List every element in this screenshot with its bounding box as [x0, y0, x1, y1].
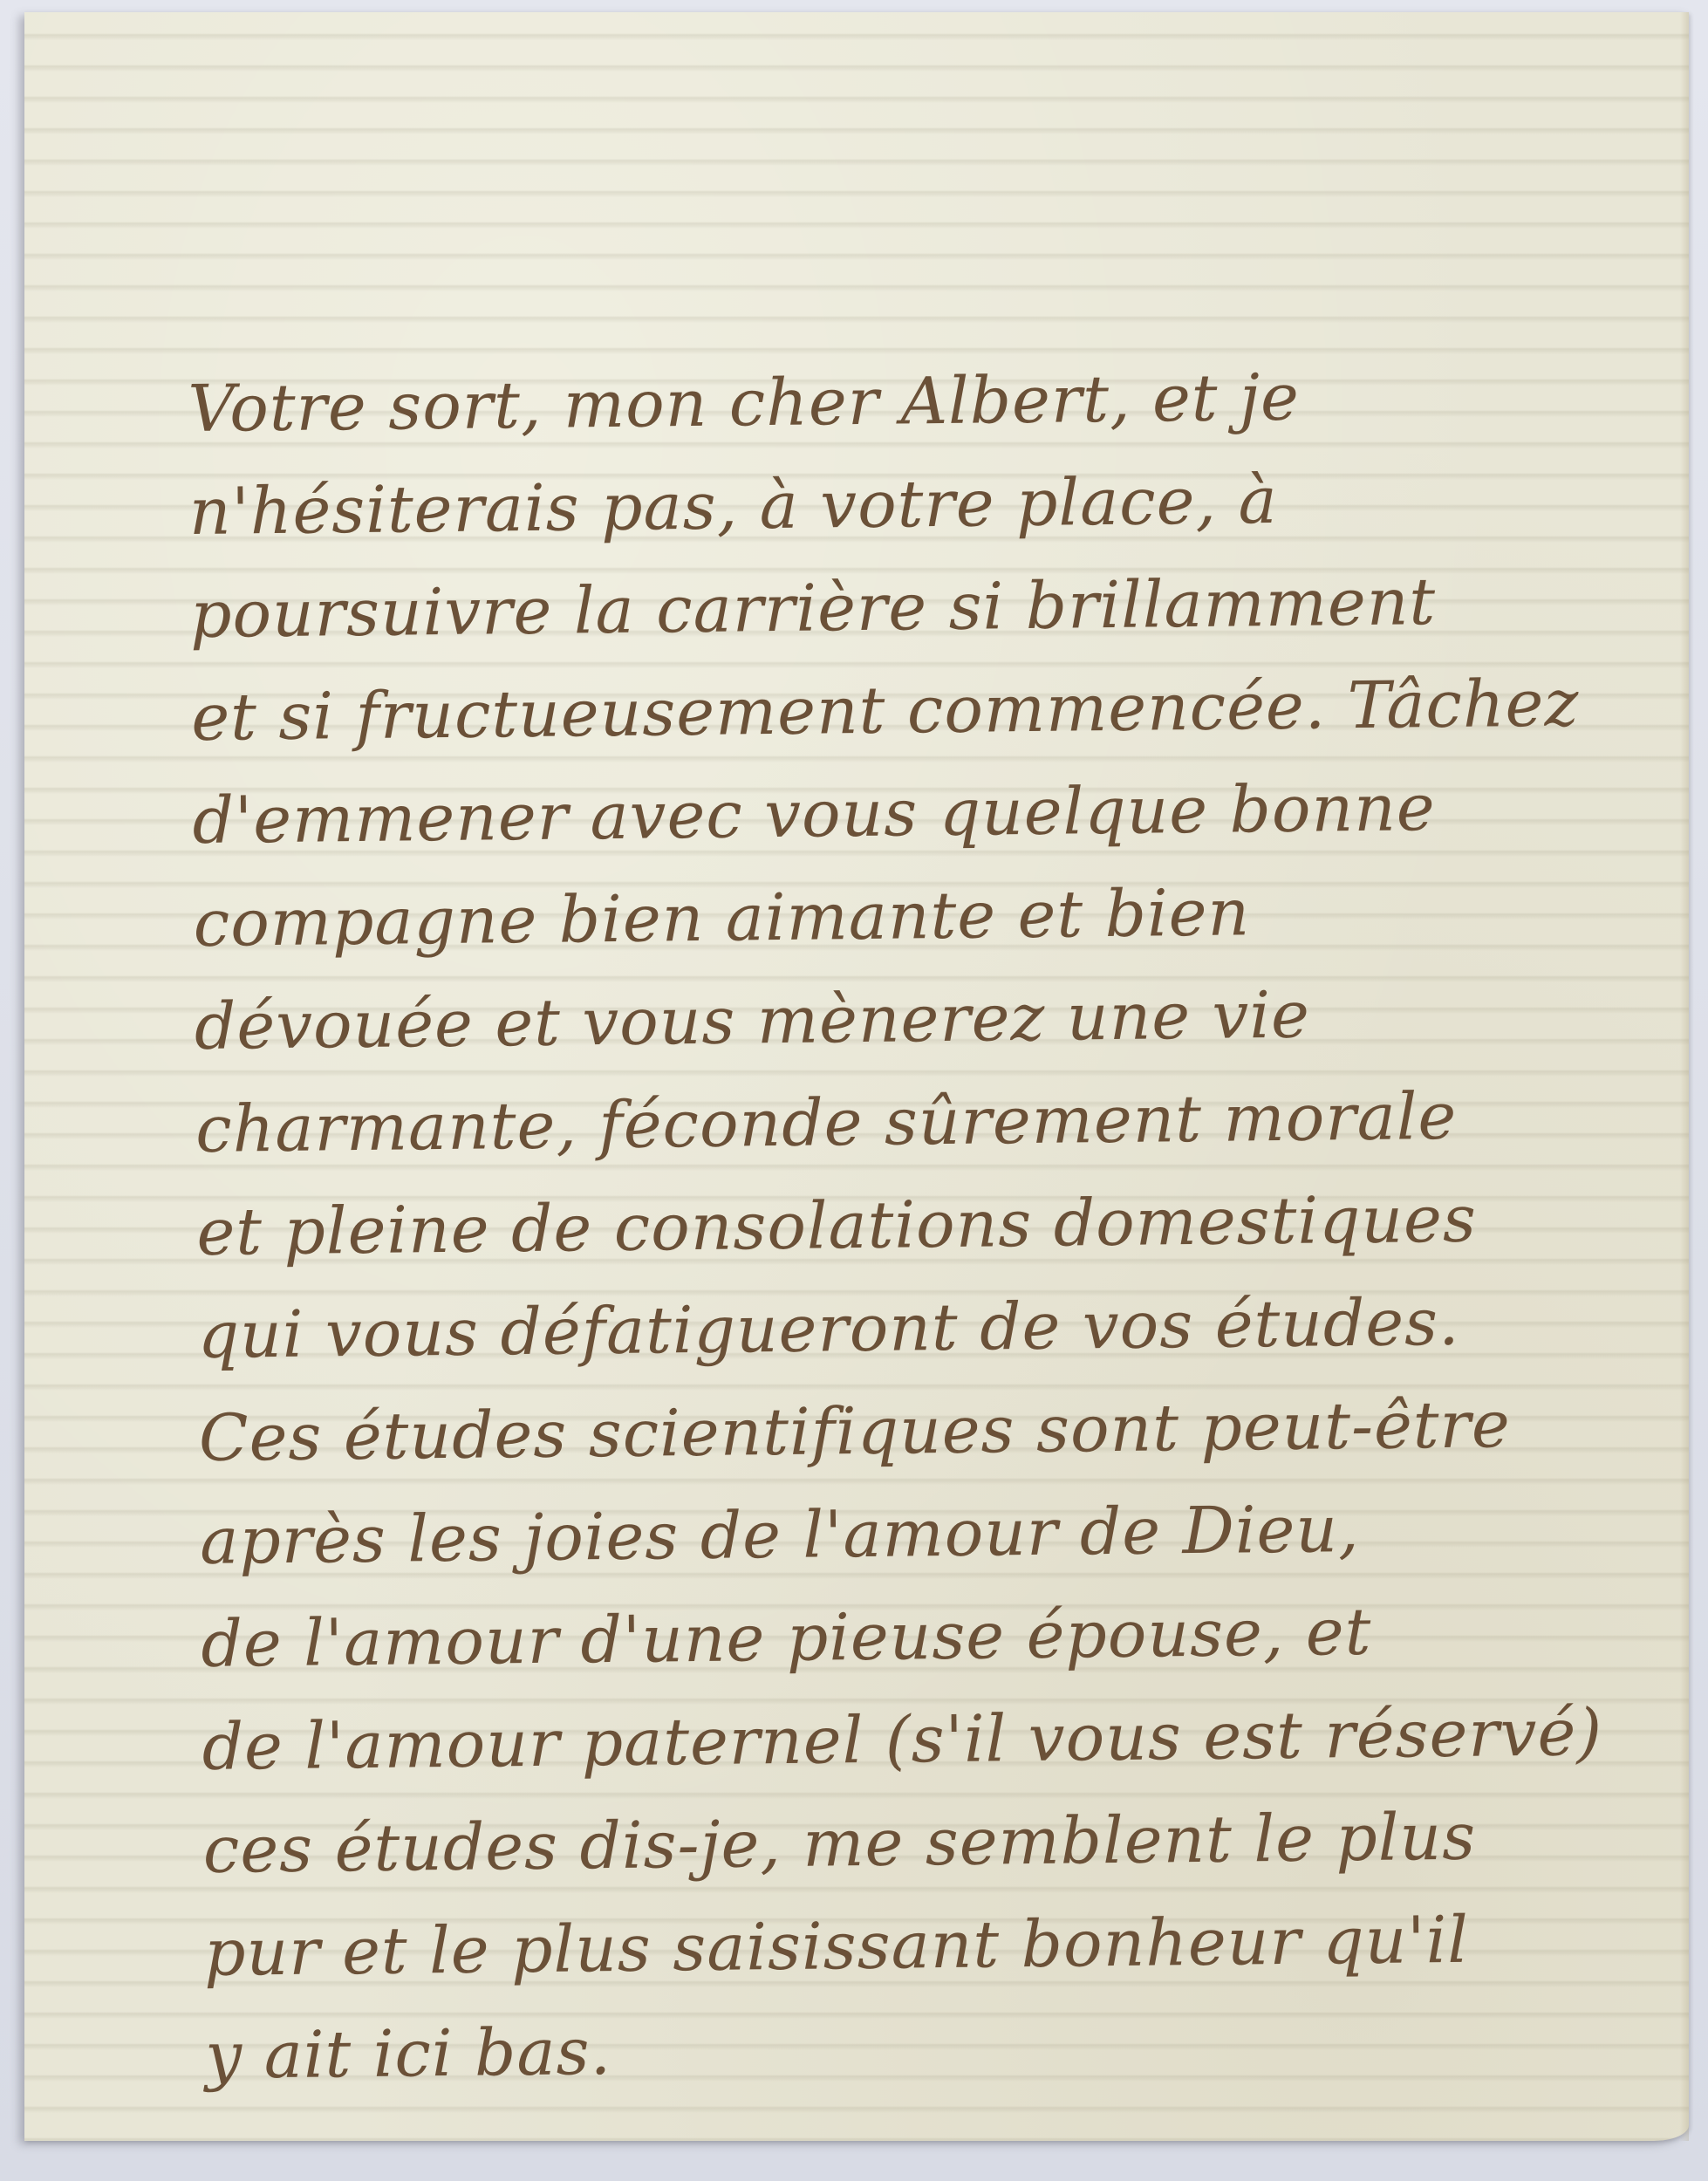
letter-line: dévouée et vous mènerez une vie — [194, 961, 1634, 1078]
letter-line: n'hésiterais pas, à votre place, à — [188, 446, 1629, 564]
letter-line: ces études dis-je, me semblent le plus — [202, 1784, 1643, 1902]
letter-line: et si fructueusement commencée. Tâchez — [191, 652, 1631, 769]
letter-body: Votre sort, mon cher Albert, et je n'hés… — [188, 343, 1645, 2108]
letter-line: d'emmener avec vous quelque bonne — [192, 755, 1632, 872]
letter-line: après les joies de l'amour de Dieu, — [200, 1475, 1640, 1593]
letter-line: poursuivre la carrière si brillamment — [189, 549, 1629, 667]
letter-line: Votre sort, mon cher Albert, et je — [188, 343, 1628, 461]
letter-line: compagne bien aimante et bien — [193, 858, 1633, 975]
letter-line: de l'amour d'une pieuse épouse, et — [201, 1578, 1641, 1696]
letter-line: pur et le plus saisissant bonheur qu'il — [204, 1887, 1644, 2005]
letter-line: y ait ici bas. — [205, 1990, 1645, 2108]
letter-line: charmante, féconde sûrement morale — [195, 1063, 1636, 1181]
letter-line: et pleine de consolations domestiques — [196, 1166, 1636, 1284]
letter-line: Ces études scientifiques sont peut-être — [198, 1372, 1638, 1490]
letter-line: qui vous défatigueront de vos études. — [197, 1269, 1637, 1387]
letter-line: de l'amour paternel (s'il vous est réser… — [202, 1681, 1642, 1799]
